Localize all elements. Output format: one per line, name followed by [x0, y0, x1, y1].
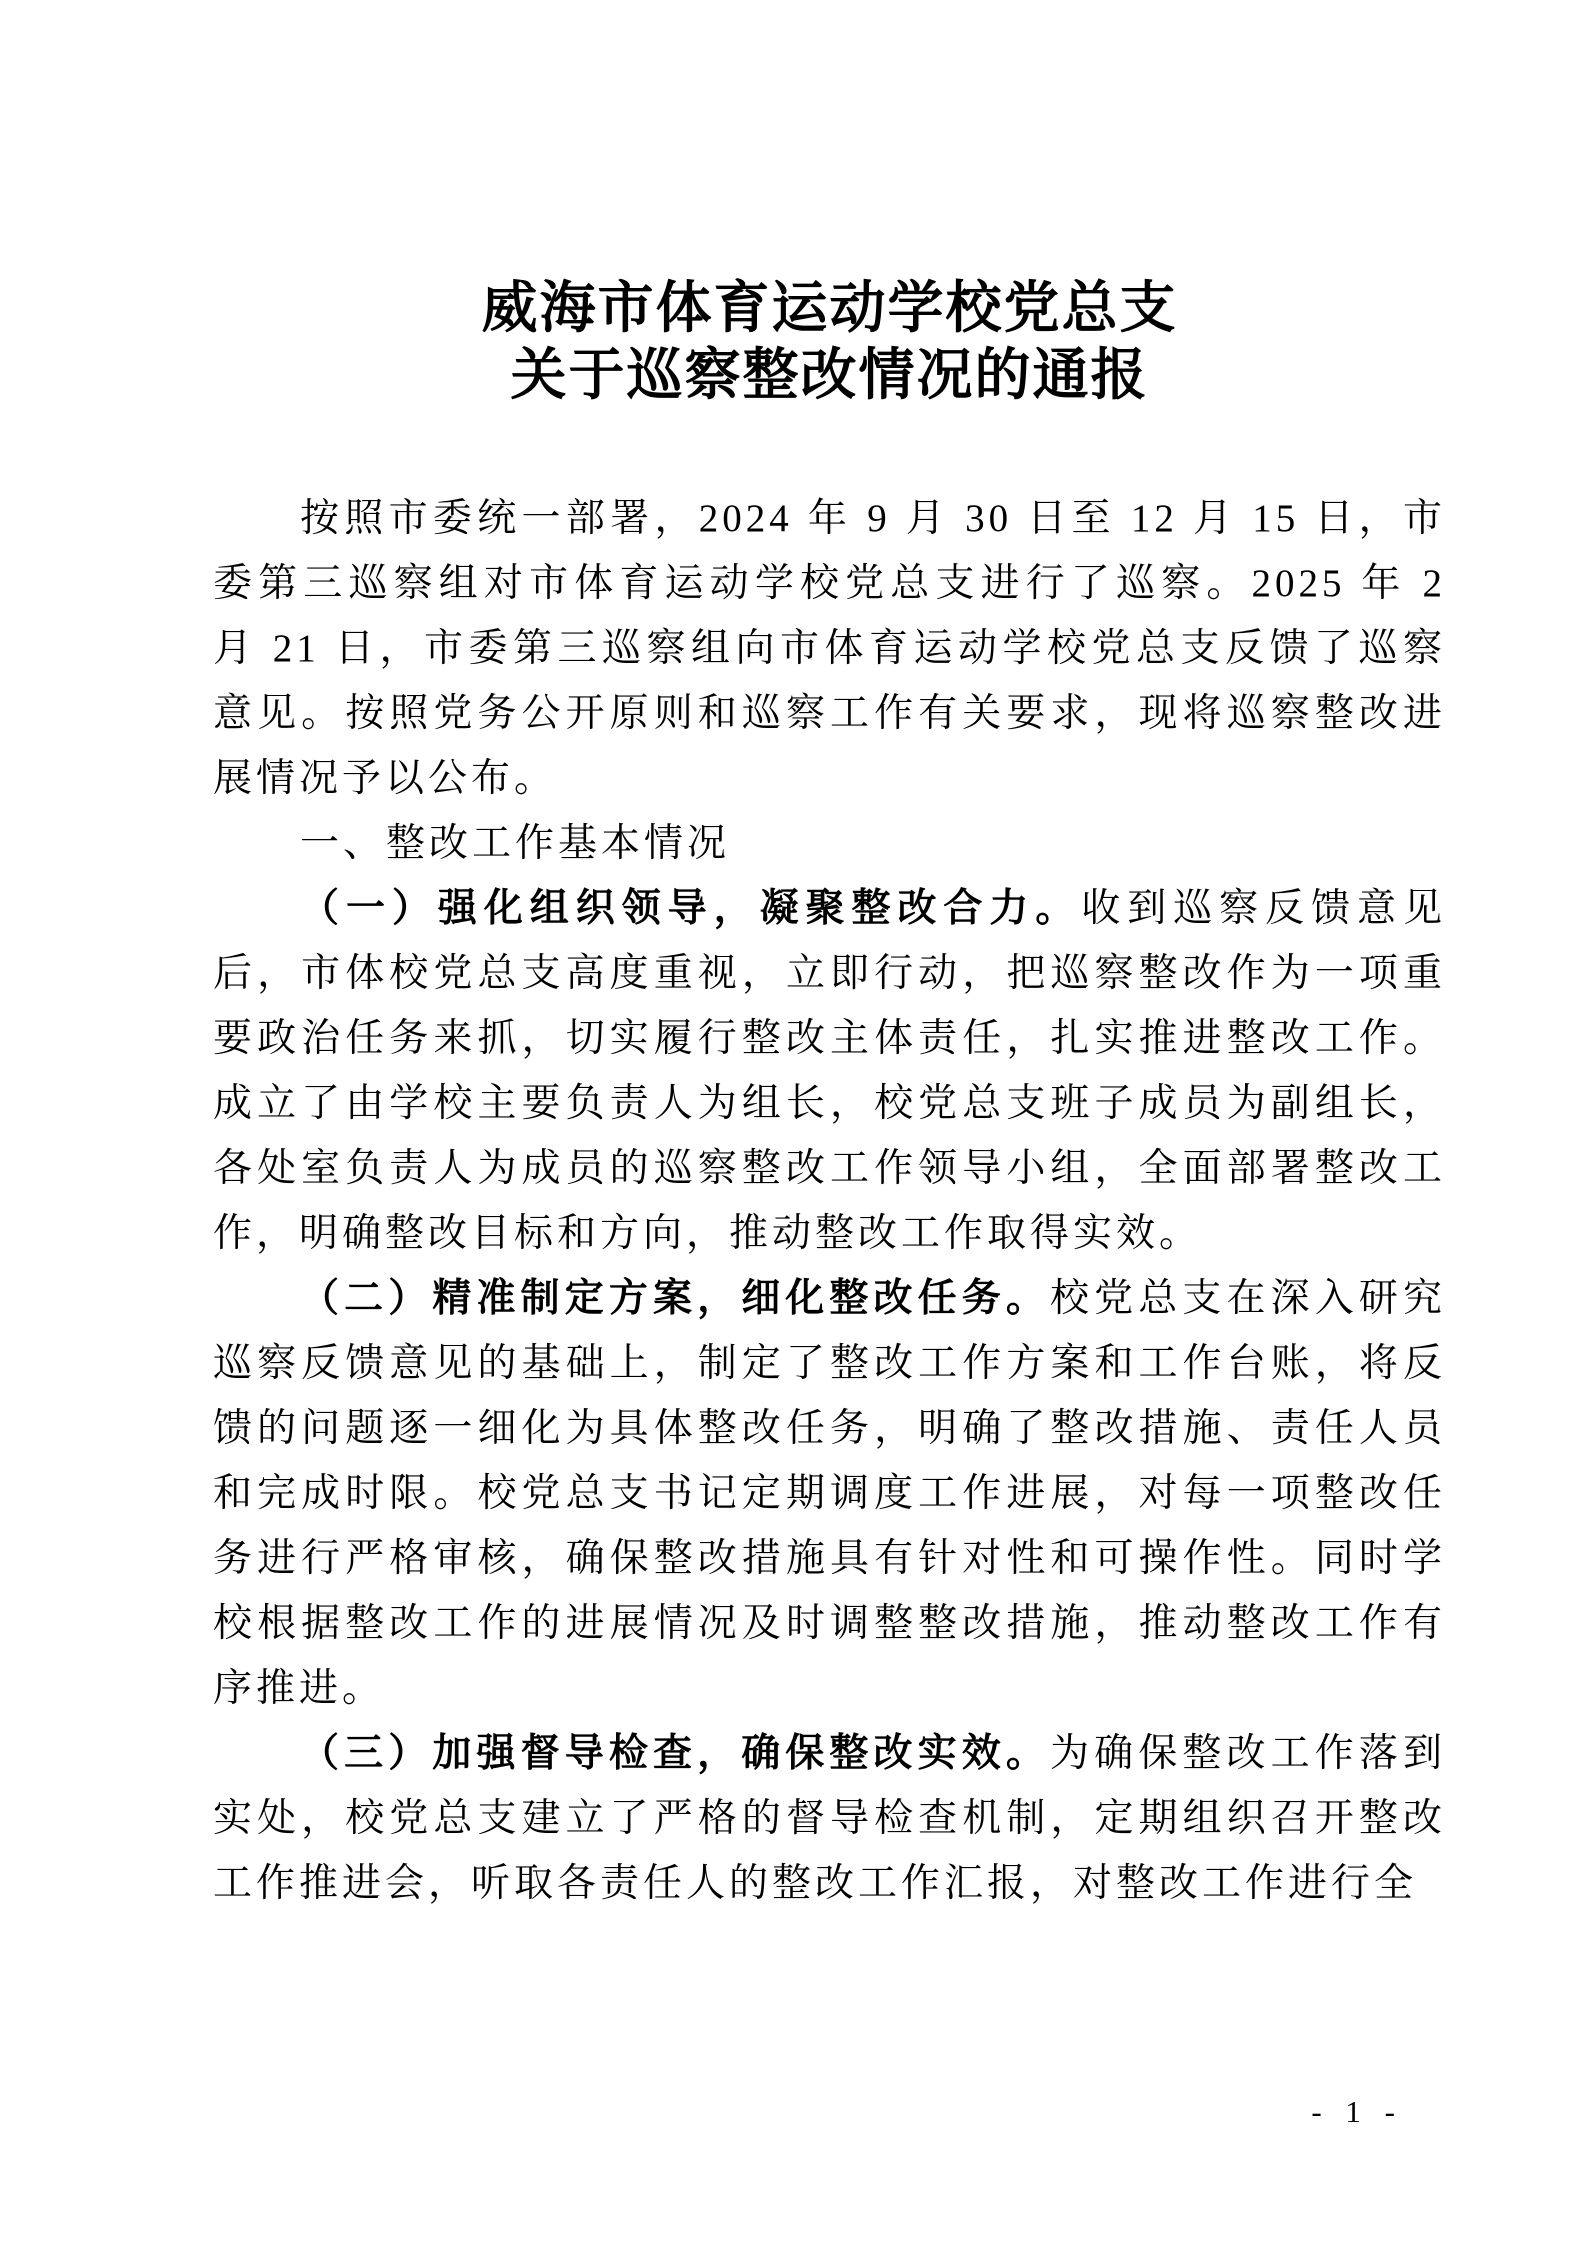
page-number: - 1 -	[1311, 2094, 1403, 2130]
title-line-2: 关于巡察整改情况的通报	[213, 343, 1446, 410]
item-1-lead-emphasis: （一）强化组织领导，凝聚整改合力。	[300, 887, 1081, 930]
item-2-body-text: 校党总支在深入研究巡察反馈意见的基础上，制定了整改工作方案和工作台账，将反馈的问…	[213, 1277, 1446, 1710]
document-title: 威海市体育运动学校党总支 关于巡察整改情况的通报	[213, 276, 1446, 410]
section-1-heading: 一、整改工作基本情况	[213, 811, 1446, 876]
intro-paragraph: 按照市委统一部署，2024 年 9 月 30 日至 12 月 15 日，市委第三…	[213, 486, 1446, 811]
section-1-item-3: （三）加强督导检查，确保整改实效。为确保整改工作落到实处，校党总支建立了严格的督…	[213, 1721, 1446, 1916]
document-body: 按照市委统一部署，2024 年 9 月 30 日至 12 月 15 日，市委第三…	[213, 486, 1446, 1916]
document-page: 威海市体育运动学校党总支 关于巡察整改情况的通报 按照市委统一部署，2024 年…	[0, 0, 1587, 2245]
section-1-item-2: （二）精准制定方案，细化整改任务。校党总支在深入研究巡察反馈意见的基础上，制定了…	[213, 1266, 1446, 1721]
title-line-1: 威海市体育运动学校党总支	[213, 276, 1446, 343]
item-2-lead-emphasis: （二）精准制定方案，细化整改任务。	[300, 1277, 1050, 1320]
item-3-lead-emphasis: （三）加强督导检查，确保整改实效。	[300, 1732, 1050, 1775]
item-1-body-text: 收到巡察反馈意见后，市体校党总支高度重视，立即行动，把巡察整改作为一项重要政治任…	[213, 887, 1446, 1255]
document-content: 威海市体育运动学校党总支 关于巡察整改情况的通报 按照市委统一部署，2024 年…	[213, 276, 1446, 1916]
section-1-item-1: （一）强化组织领导，凝聚整改合力。收到巡察反馈意见后，市体校党总支高度重视，立即…	[213, 876, 1446, 1266]
